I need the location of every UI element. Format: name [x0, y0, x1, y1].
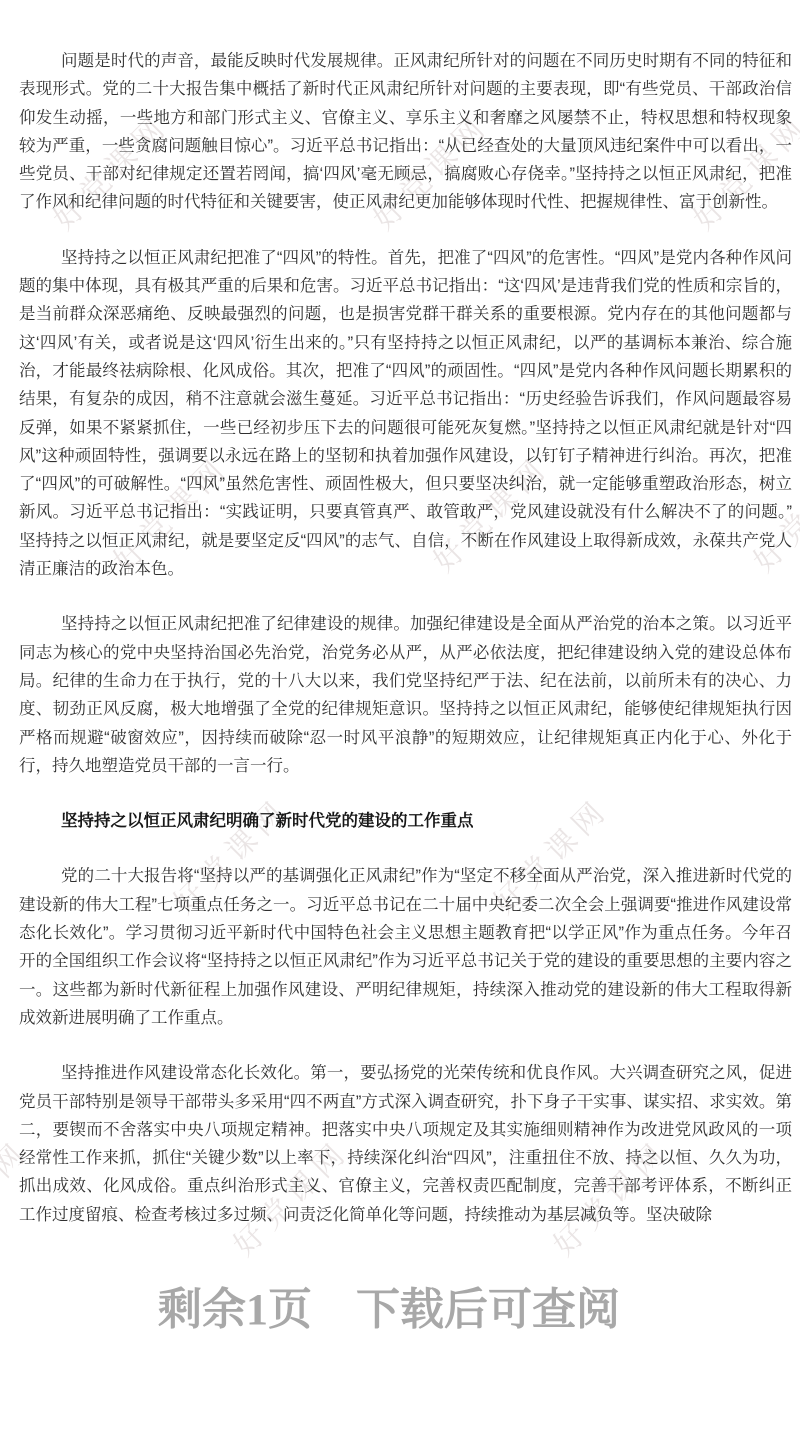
paragraph-discipline-rules: 坚持持之以恒正风肃纪把准了纪律建设的规律。加强纪律建设是全面从严治党的治本之策。… — [19, 610, 792, 780]
section-heading: 坚持持之以恒正风肃纪明确了新时代党的建设的工作重点 — [19, 807, 792, 835]
remaining-pages-label: 剩余1页 — [158, 1285, 312, 1334]
paragraph-four-winds-traits: 坚持持之以恒正风肃纪把准了“四风”的特性。首先，把准了“四风”的危害性。“四风”… — [19, 244, 792, 584]
document-page: 好党课网 好党课网 好党课网 好党课网 好党课网 好党课网 好党课网 好党课网 … — [0, 0, 800, 1450]
page-footer: 剩余1页下载后可查阅 — [0, 1287, 789, 1333]
document-content: 问题是时代的声音，最能反映时代发展规律。正风肃纪所针对的问题在不同历史时期有不同… — [0, 0, 800, 1229]
download-hint-label: 下载后可查阅 — [356, 1285, 620, 1334]
paragraph-problems-of-era: 问题是时代的声音，最能反映时代发展规律。正风肃纪所针对的问题在不同历史时期有不同… — [19, 47, 792, 217]
paragraph-20th-congress-report: 党的二十大报告将“坚持以严的基调强化正风肃纪”作为“坚定不移全面从严治党，深入推… — [19, 862, 792, 1032]
paragraph-work-style-tasks: 坚持推进作风建设常态化长效化。第一，要弘扬党的光荣传统和优良作风。大兴调查研究之… — [19, 1059, 792, 1229]
